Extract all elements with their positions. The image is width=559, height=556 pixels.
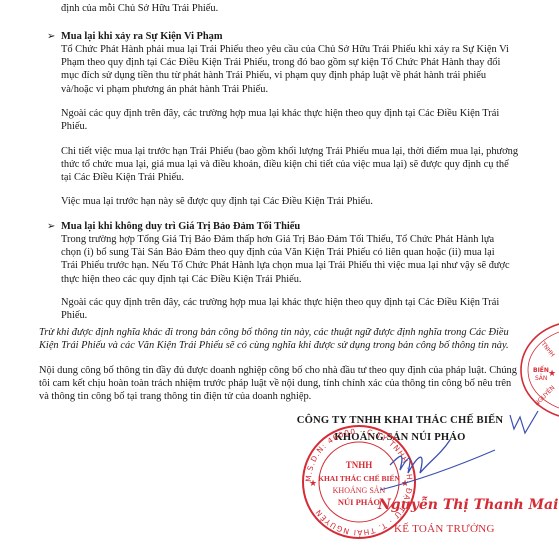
text-line: thực hiện theo các quy định tại Các Điều… xyxy=(61,273,542,286)
text-line: mục đích sử dụng tiền thu từ phát hành T… xyxy=(61,69,542,82)
text-line: Trái Phiếu trước hạn. Nếu Tổ Chức Phát H… xyxy=(61,259,542,272)
svg-text:★: ★ xyxy=(548,369,556,379)
svg-text:★: ★ xyxy=(309,479,317,489)
handwritten-signature-icon xyxy=(360,395,540,505)
violation-other-cases: Ngoài các quy định trên đây, các trường … xyxy=(61,107,542,133)
early-redemption-note: Việc mua lại trước hạn này sẽ được quy đ… xyxy=(61,195,542,208)
text-line: chọn (i) bổ sung Tài Sản Bảo Đảm theo qu… xyxy=(61,246,542,259)
text-line: Phạm theo quy định tại Các Điều Kiện Trá… xyxy=(61,56,542,69)
arrow-bullet-icon: ➢ xyxy=(47,220,55,233)
text-line: Ngoài các quy định trên đây, các trường … xyxy=(61,296,542,309)
document-page: định của mỗi Chủ Sở Hữu Trái Phiếu. ➢ Mu… xyxy=(0,0,559,556)
text-line: tại Các Điều Kiện Trái Phiếu. xyxy=(61,171,542,184)
section-heading-min-collateral: Mua lại khi không duy trì Giá Trị Bảo Đả… xyxy=(61,220,542,233)
text-line: Tổ Chức Phát Hành phải mua lại Trái Phiế… xyxy=(61,43,542,56)
text-line: Trong trường hợp Tổng Giá Trị Bảo Đảm th… xyxy=(61,233,542,246)
definitions-note: Trừ khi được định nghĩa khác đi trong bả… xyxy=(39,326,542,352)
violation-paragraph: Tổ Chức Phát Hành phải mua lại Trái Phiế… xyxy=(61,43,542,96)
redemption-details: Chi tiết việc mua lại trước hạn Trái Phi… xyxy=(61,145,542,185)
text-line: Ngoài các quy định trên đây, các trường … xyxy=(61,107,542,120)
signer-title: KẾ TOÁN TRƯỞNG xyxy=(394,523,495,536)
text-line: Phiếu. xyxy=(61,120,542,133)
text-line: thức tổ chức mua lại, giá mua lại và điề… xyxy=(61,158,542,171)
min-collateral-paragraph: Trong trường hợp Tổng Giá Trị Bảo Đảm th… xyxy=(61,233,542,286)
text-line: Chi tiết việc mua lại trước hạn Trái Phi… xyxy=(61,145,542,158)
signer-name: Nguyễn Thị Thanh Mai xyxy=(378,499,558,512)
text-line: Kiện Trái Phiếu và các Văn Kiện Trái Phi… xyxy=(39,339,542,352)
min-collateral-other-cases: Ngoài các quy định trên đây, các trường … xyxy=(61,296,542,322)
continuation-line: định của mỗi Chủ Sở Hữu Trái Phiếu. xyxy=(61,2,542,15)
svg-text:BIẾN: BIẾN xyxy=(533,366,549,374)
text-line: tôi cam kết chịu hoàn toàn trách nhiệm t… xyxy=(39,377,542,390)
text-line: Trừ khi được định nghĩa khác đi trong bả… xyxy=(39,326,542,339)
text-line: Phiếu. xyxy=(61,309,542,322)
svg-text:TNHH: TNHH xyxy=(539,340,556,358)
section-heading-violation: Mua lại khi xảy ra Sự Kiện Vi Phạm xyxy=(61,30,542,43)
svg-text:SẢN: SẢN xyxy=(535,374,547,382)
arrow-bullet-icon: ➢ xyxy=(47,30,55,43)
text-line: và/hoặc vi phạm phương án phát hành Trái… xyxy=(61,83,542,96)
text-line: Nội dung công bố thông tin đầy đủ được d… xyxy=(39,364,542,377)
